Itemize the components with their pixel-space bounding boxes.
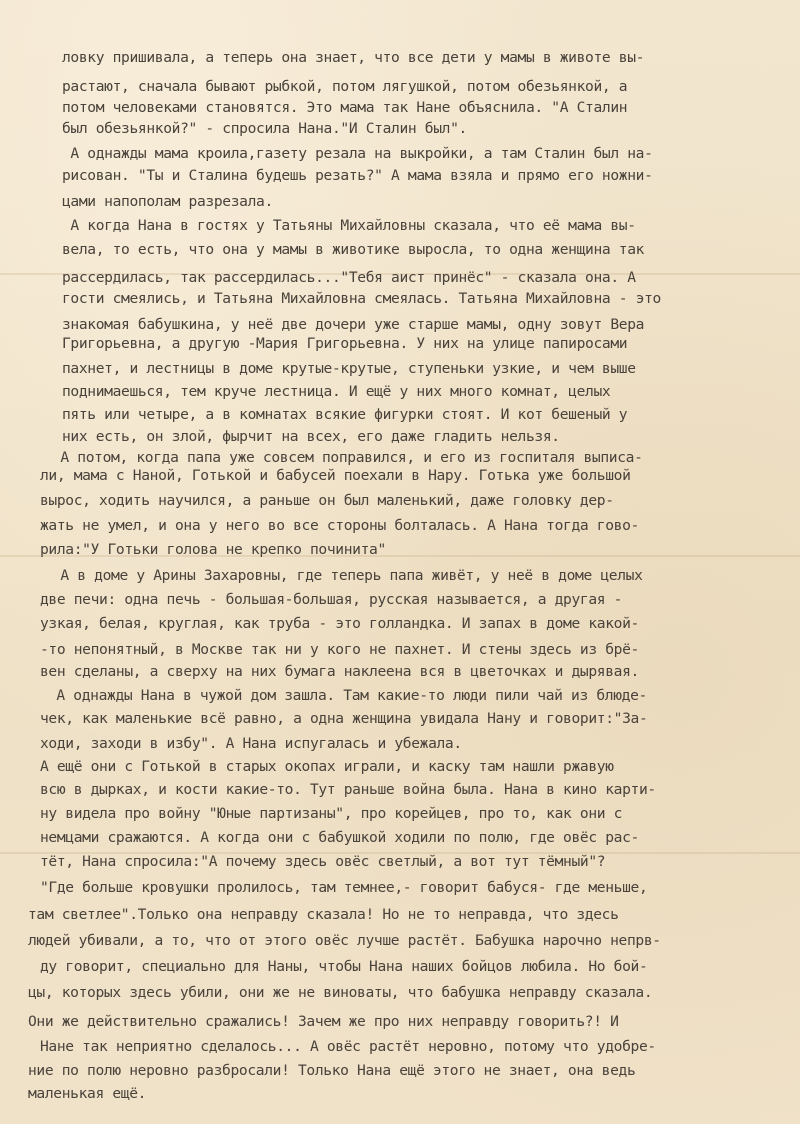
text-line: ловку пришивала, а теперь она знает, что… bbox=[62, 49, 644, 67]
text-line: ходи, заходи в избу". А Нана испугалась … bbox=[40, 735, 462, 753]
text-line: маленькая ещё. bbox=[28, 1085, 146, 1103]
text-line: А однажды Нана в чужой дом зашла. Там ка… bbox=[48, 687, 647, 705]
text-line: ние по полю неровно разбросали! Только Н… bbox=[28, 1062, 635, 1080]
text-line: гости смеялись, и Татьяна Михайловна сме… bbox=[62, 290, 661, 308]
text-line: "Где больше кровушки пролилось, там темн… bbox=[40, 879, 647, 897]
text-line: вен сделаны, а сверху на них бумага накл… bbox=[40, 663, 639, 681]
text-line: немцами сражаются. А когда они с бабушко… bbox=[40, 829, 639, 847]
text-line: был обезьянкой?" - спросила Нана."И Стал… bbox=[62, 120, 467, 138]
text-line: рисован. "Ты и Сталина будешь резать?" А… bbox=[62, 167, 653, 185]
text-line: чек, как маленькие всё равно, а одна жен… bbox=[40, 710, 647, 728]
text-line: А ещё они с Готькой в старых окопах игра… bbox=[40, 758, 614, 776]
text-line: рила:"У Готьки голова не крепко починита… bbox=[40, 541, 386, 559]
text-line: знакомая бабушкина, у неё две дочери уже… bbox=[62, 316, 644, 334]
text-line: ду говорит, специально для Наны, чтобы Н… bbox=[40, 958, 647, 976]
text-line: всю в дырках, и кости какие-то. Тут рань… bbox=[40, 781, 656, 799]
text-line: Григорьевна, а другую -Мария Григорьевна… bbox=[62, 335, 627, 353]
text-line: ли, мама с Наной, Готькой и бабусей поех… bbox=[40, 467, 631, 485]
text-line: А когда Нана в гостях у Татьяны Михайлов… bbox=[62, 217, 636, 235]
text-line: рассердилась, так рассердилась..."Тебя а… bbox=[62, 269, 636, 287]
text-line: тёт, Нана спросила:"А почему здесь овёс … bbox=[40, 853, 605, 871]
text-line: -то непонятный, в Москве так ни у кого н… bbox=[40, 641, 639, 659]
text-line: А в доме у Арины Захаровны, где теперь п… bbox=[52, 567, 643, 585]
text-line: людей убивали, а то, что от этого овёс л… bbox=[28, 932, 661, 950]
text-line: пять или четыре, а в комнатах всякие фиг… bbox=[62, 406, 627, 424]
text-line: потом человеками становятся. Это мама та… bbox=[62, 99, 627, 117]
text-line: жать не умел, и она у него во все сторон… bbox=[40, 517, 639, 535]
text-line: поднимаешься, тем круче лестница. И ещё … bbox=[62, 383, 610, 401]
text-line: Нане так неприятно сделалось... А овёс р… bbox=[40, 1038, 656, 1056]
text-line: Они же действительно сражались! Зачем же… bbox=[28, 1013, 619, 1031]
text-line: растают, сначала бывают рыбкой, потом ля… bbox=[62, 78, 627, 96]
text-line: там светлее".Только она неправду сказала… bbox=[28, 906, 619, 924]
text-line: вела, то есть, что она у мамы в животике… bbox=[62, 241, 644, 259]
text-line: вырос, ходить научился, а раньше он был … bbox=[40, 492, 614, 510]
text-line: них есть, он злой, фырчит на всех, его д… bbox=[62, 428, 560, 446]
text-line: А потом, когда папа уже совсем поправилс… bbox=[52, 449, 643, 467]
text-line: А однажды мама кроила,газету резала на в… bbox=[62, 145, 653, 163]
text-line: пахнет, и лестницы в доме крутые-крутые,… bbox=[62, 360, 636, 378]
text-line: ну видела про войну "Юные партизаны", пр… bbox=[40, 805, 622, 823]
typewritten-page: ловку пришивала, а теперь она знает, что… bbox=[0, 0, 800, 1124]
text-line: узкая, белая, круглая, как труба - это г… bbox=[40, 615, 639, 633]
text-line: две печи: одна печь - большая-большая, р… bbox=[40, 591, 622, 609]
text-line: цы, которых здесь убили, они же не винов… bbox=[28, 984, 652, 1002]
text-line: цами напополам разрезала. bbox=[62, 193, 273, 211]
